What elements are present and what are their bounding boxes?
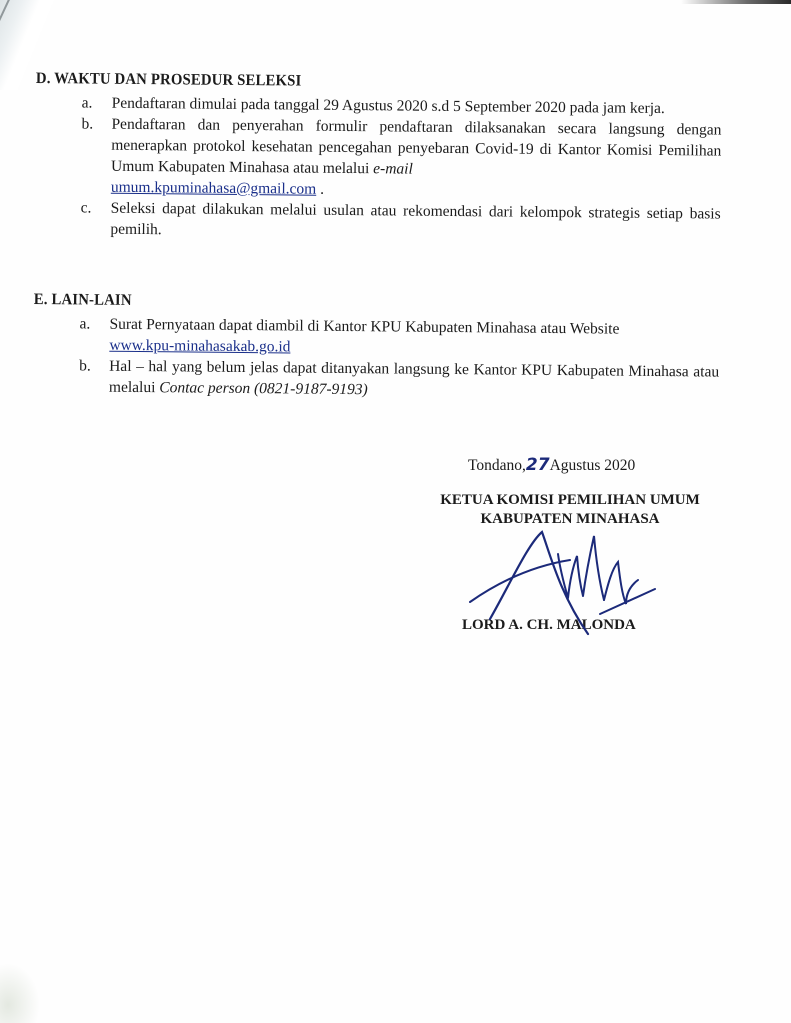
list-marker: c. bbox=[34, 197, 110, 240]
signature-area bbox=[410, 529, 740, 629]
month-year: Agustus 2020 bbox=[550, 457, 636, 474]
paper-smudge bbox=[0, 963, 40, 1023]
signature-block: Tondano,27Agustus 2020 KETUA KOMISI PEMI… bbox=[410, 455, 740, 634]
list-item: b. Hal – hal yang belum jelas dapat dita… bbox=[33, 355, 733, 404]
list-item-text: Surat Pernyataan dapat diambil di Kantor… bbox=[109, 314, 719, 362]
document-page: D. WAKTU DAN PROSEDUR SELEKSI a. Pendaft… bbox=[0, 0, 791, 1023]
list-item-text-tail: . bbox=[316, 181, 324, 198]
email-label: e-mail bbox=[373, 160, 413, 177]
place: Tondano, bbox=[468, 457, 526, 474]
list-item-text: Hal – hal yang belum jelas dapat ditanya… bbox=[109, 356, 719, 404]
list-item: b. Pendaftaran dan penyerahan formulir p… bbox=[35, 113, 736, 204]
handwritten-signature-icon bbox=[450, 524, 670, 644]
list-item: c. Seleksi dapat dilakukan melalui usula… bbox=[34, 197, 734, 246]
list-marker: b. bbox=[33, 355, 109, 398]
section-e: E. LAIN-LAIN a. Surat Pernyataan dapat d… bbox=[33, 291, 734, 404]
paper-corner-shadow bbox=[681, 0, 791, 4]
document-body: D. WAKTU DAN PROSEDUR SELEKSI a. Pendaft… bbox=[33, 70, 736, 404]
website-link[interactable]: www.kpu-minahasakab.go.id bbox=[109, 337, 290, 356]
list-item-text: Seleksi dapat dilakukan melalui usulan a… bbox=[110, 198, 720, 246]
list-marker: a. bbox=[36, 92, 112, 114]
list-marker: a. bbox=[33, 313, 109, 356]
section-d: D. WAKTU DAN PROSEDUR SELEKSI a. Pendaft… bbox=[34, 70, 736, 246]
handwritten-day: 27 bbox=[526, 455, 550, 475]
list-item: a. Surat Pernyataan dapat diambil di Kan… bbox=[33, 313, 733, 362]
list-item-text-main: Pendaftaran dan penyerahan formulir pend… bbox=[111, 116, 722, 178]
email-link[interactable]: umum.kpuminahasa@gmail.com bbox=[111, 179, 317, 198]
list-item-text-main: Surat Pernyataan dapat diambil di Kantor… bbox=[109, 316, 619, 338]
list-item-text: Pendaftaran dan penyerahan formulir pend… bbox=[111, 114, 722, 204]
list-marker: b. bbox=[35, 113, 112, 198]
place-date: Tondano,27Agustus 2020 bbox=[410, 455, 740, 475]
section-heading: D. WAKTU DAN PROSEDUR SELEKSI bbox=[36, 70, 680, 94]
official-title-line1: KETUA KOMISI PEMILIHAN UMUM bbox=[410, 491, 730, 510]
section-heading: E. LAIN-LAIN bbox=[34, 291, 678, 315]
contact-person: Contac person (0821-9187-9193) bbox=[159, 379, 368, 398]
